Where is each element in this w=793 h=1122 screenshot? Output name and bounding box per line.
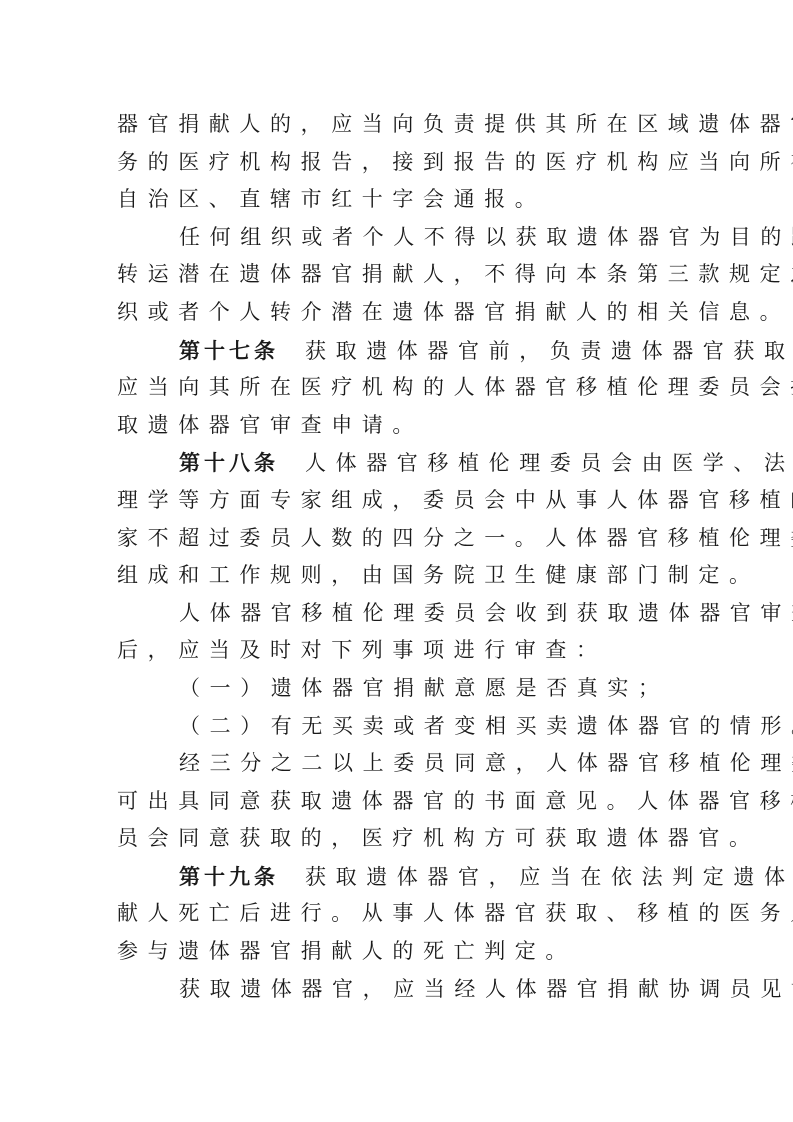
article-17-heading: 第十七条: [179, 338, 279, 363]
article-18-heading: 第十八条: [179, 450, 279, 475]
document-page: 器官捐献人的，应当向负责提供其所在区域遗体器官获取服 务的医疗机构报告，接到报告…: [117, 106, 677, 1008]
text-line: 转运潜在遗体器官捐献人，不得向本条第三款规定之外的组: [117, 256, 677, 294]
text-line: 家不超过委员人数的四分之一。人体器官移植伦理委员会的: [117, 520, 677, 558]
text-line: 员会同意获取的，医疗机构方可获取遗体器官。: [117, 820, 677, 858]
text-line: 织或者个人转介潜在遗体器官捐献人的相关信息。: [117, 294, 677, 332]
text-line: 取遗体器官审查申请。: [117, 407, 677, 445]
text-span: 人体器官移植伦理委员会由医学、法学、伦: [305, 451, 793, 475]
list-item: （二）有无买卖或者变相买卖遗体器官的情形。: [117, 708, 677, 746]
text-line: 获取遗体器官，应当经人体器官捐献协调员见证。获取: [117, 971, 677, 1009]
text-span: 获取遗体器官，应当在依法判定遗体器官捐: [305, 865, 793, 889]
text-line: 应当向其所在医疗机构的人体器官移植伦理委员会提出获: [117, 369, 677, 407]
text-line: 务的医疗机构报告，接到报告的医疗机构应当向所在地省、: [117, 144, 677, 182]
text-line: 理学等方面专家组成，委员会中从事人体器官移植的医学专: [117, 482, 677, 520]
text-line: 后，应当及时对下列事项进行审查：: [117, 632, 677, 670]
article-19-first-line: 第十九条获取遗体器官，应当在依法判定遗体器官捐: [117, 858, 677, 896]
text-line: 人体器官移植伦理委员会收到获取遗体器官审查申请: [117, 595, 677, 633]
article-18-first-line: 第十八条人体器官移植伦理委员会由医学、法学、伦: [117, 444, 677, 482]
text-line: 经三分之二以上委员同意，人体器官移植伦理委员会方: [117, 745, 677, 783]
text-span: 获取遗体器官前，负责遗体器官获取的部门: [305, 339, 793, 363]
text-line: 献人死亡后进行。从事人体器官获取、移植的医务人员不得: [117, 895, 677, 933]
text-line: 自治区、直辖市红十字会通报。: [117, 181, 677, 219]
text-line: 任何组织或者个人不得以获取遗体器官为目的跨区域: [117, 219, 677, 257]
article-19-heading: 第十九条: [179, 864, 279, 889]
text-line: 参与遗体器官捐献人的死亡判定。: [117, 933, 677, 971]
article-17-first-line: 第十七条获取遗体器官前，负责遗体器官获取的部门: [117, 332, 677, 370]
text-line: 器官捐献人的，应当向负责提供其所在区域遗体器官获取服: [117, 106, 677, 144]
text-line: 可出具同意获取遗体器官的书面意见。人体器官移植伦理委: [117, 783, 677, 821]
list-item: （一）遗体器官捐献意愿是否真实；: [117, 670, 677, 708]
text-line: 组成和工作规则，由国务院卫生健康部门制定。: [117, 557, 677, 595]
